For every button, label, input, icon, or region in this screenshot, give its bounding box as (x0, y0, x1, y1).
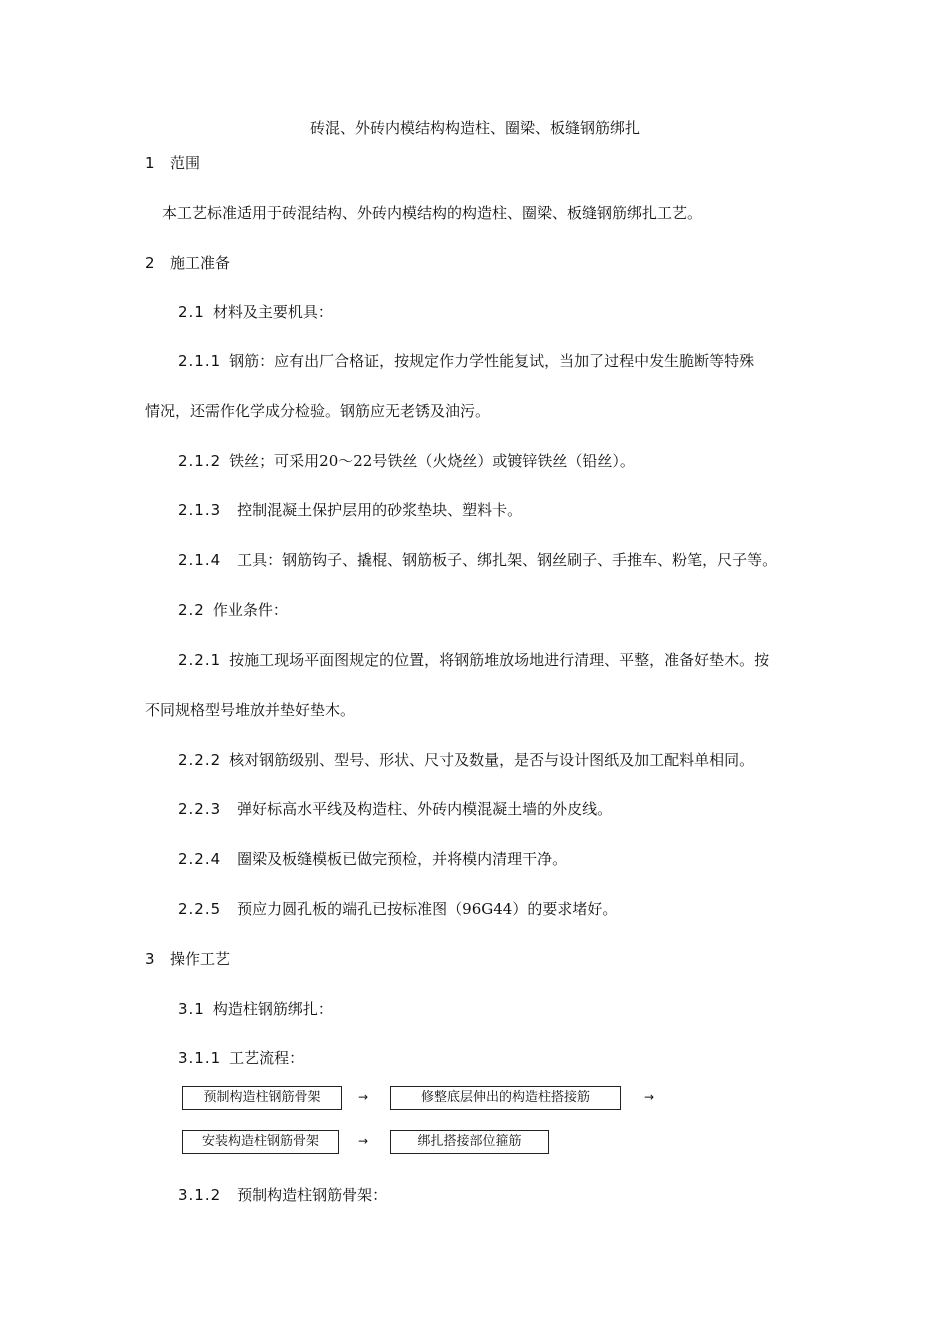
subsection-number: 3.1 (178, 1000, 205, 1018)
item-number: 2.2.5 (178, 900, 221, 918)
arrow-right-icon: → (644, 1089, 654, 1105)
subsection-text: 构造柱钢筋绑扎： (213, 1000, 333, 1018)
item-2-2-3: 2.2.3弹好标高水平线及构造柱、外砖内模混凝土墙的外皮线。 (178, 799, 612, 819)
item-2-1-3: 2.1.3控制混凝土保护层用的砂浆垫块、塑料卡。 (178, 500, 522, 520)
section-title: 操作工艺 (170, 950, 230, 968)
item-2-2-4: 2.2.4圈梁及板缝模板已做完预检，并将模内清理干净。 (178, 849, 567, 869)
item-text: 工艺流程： (229, 1049, 304, 1067)
item-2-2-1: 2.2.1按施工现场平面图规定的位置，将钢筋堆放场地进行清理、平整，准备好垫木。… (178, 650, 769, 670)
item-2-1-2: 2.1.2铁丝；可采用20～22号铁丝（火烧丝）或镀锌铁丝（铅丝）。 (178, 451, 635, 471)
item-2-2-1-continuation: 不同规格型号堆放并垫好垫木。 (145, 700, 355, 720)
document-page: 砖混、外砖内模结构构造柱、圈梁、板缝钢筋绑扎 1范围 本工艺标准适用于砖混结构、… (0, 0, 950, 1344)
item-text: 按施工现场平面图规定的位置，将钢筋堆放场地进行清理、平整，准备好垫木。按 (229, 651, 769, 669)
item-2-2-2: 2.2.2核对钢筋级别、型号、形状、尺寸及数量，是否与设计图纸及加工配料单相同。 (178, 750, 754, 770)
arrow-right-icon: → (358, 1133, 368, 1149)
item-number: 2.2.1 (178, 651, 221, 669)
item-text: 预制构造柱钢筋骨架： (237, 1186, 387, 1204)
section-title: 范围 (170, 154, 200, 172)
item-3-1-1: 3.1.1工艺流程： (178, 1048, 304, 1068)
item-number: 3.1.1 (178, 1049, 221, 1067)
flow-step-4: 绑扎搭接部位箍筋 (390, 1130, 549, 1154)
section-number: 2 (145, 253, 170, 273)
item-number: 2.1.4 (178, 551, 221, 569)
item-number: 2.2.2 (178, 751, 221, 769)
subsection-3-1: 3.1构造柱钢筋绑扎： (178, 999, 333, 1019)
item-number: 2.1.1 (178, 352, 221, 370)
subsection-text: 材料及主要机具： (213, 303, 333, 321)
subsection-number: 2.2 (178, 601, 205, 619)
item-number: 3.1.2 (178, 1186, 221, 1204)
document-title: 砖混、外砖内模结构构造柱、圈梁、板缝钢筋绑扎 (0, 118, 950, 138)
arrow-right-icon: → (358, 1089, 368, 1105)
item-text: 预应力圆孔板的端孔已按标准图（96G44）的要求堵好。 (237, 900, 617, 918)
item-text: 钢筋：应有出厂合格证，按规定作力学性能复试，当加了过程中发生脆断等特殊 (229, 352, 754, 370)
subsection-2-1: 2.1材料及主要机具： (178, 302, 333, 322)
item-number: 2.2.3 (178, 800, 221, 818)
subsection-2-2: 2.2作业条件： (178, 600, 288, 620)
item-text: 铁丝；可采用20～22号铁丝（火烧丝）或镀锌铁丝（铅丝）。 (229, 452, 635, 470)
item-2-1-4: 2.1.4工具：钢筋钩子、撬棍、钢筋板子、绑扎架、钢丝刷子、手推车、粉笔，尺子等… (178, 550, 777, 570)
item-text: 核对钢筋级别、型号、形状、尺寸及数量，是否与设计图纸及加工配料单相同。 (229, 751, 754, 769)
item-2-1-1: 2.1.1钢筋：应有出厂合格证，按规定作力学性能复试，当加了过程中发生脆断等特殊 (178, 351, 754, 371)
item-3-1-2: 3.1.2预制构造柱钢筋骨架： (178, 1185, 387, 1205)
flow-step-3: 安装构造柱钢筋骨架 (182, 1130, 339, 1154)
scope-paragraph: 本工艺标准适用于砖混结构、外砖内模结构的构造柱、圈梁、板缝钢筋绑扎工艺。 (162, 203, 702, 223)
item-text: 工具：钢筋钩子、撬棍、钢筋板子、绑扎架、钢丝刷子、手推车、粉笔，尺子等。 (237, 551, 777, 569)
item-text: 控制混凝土保护层用的砂浆垫块、塑料卡。 (237, 501, 522, 519)
item-number: 2.2.4 (178, 850, 221, 868)
section-heading-3: 3操作工艺 (145, 949, 230, 969)
section-heading-1: 1范围 (145, 153, 200, 173)
section-number: 1 (145, 153, 170, 173)
section-number: 3 (145, 949, 170, 969)
section-title: 施工准备 (170, 254, 230, 272)
item-number: 2.1.3 (178, 501, 221, 519)
flow-step-2: 修整底层伸出的构造柱搭接筋 (390, 1086, 621, 1110)
section-heading-2: 2施工准备 (145, 253, 230, 273)
item-2-1-1-continuation: 情况，还需作化学成分检验。钢筋应无老锈及油污。 (145, 401, 490, 421)
subsection-number: 2.1 (178, 303, 205, 321)
item-2-2-5: 2.2.5预应力圆孔板的端孔已按标准图（96G44）的要求堵好。 (178, 899, 617, 919)
item-text: 弹好标高水平线及构造柱、外砖内模混凝土墙的外皮线。 (237, 800, 612, 818)
item-number: 2.1.2 (178, 452, 221, 470)
subsection-text: 作业条件： (213, 601, 288, 619)
item-text: 圈梁及板缝模板已做完预检，并将模内清理干净。 (237, 850, 567, 868)
flow-step-1: 预制构造柱钢筋骨架 (182, 1086, 342, 1110)
